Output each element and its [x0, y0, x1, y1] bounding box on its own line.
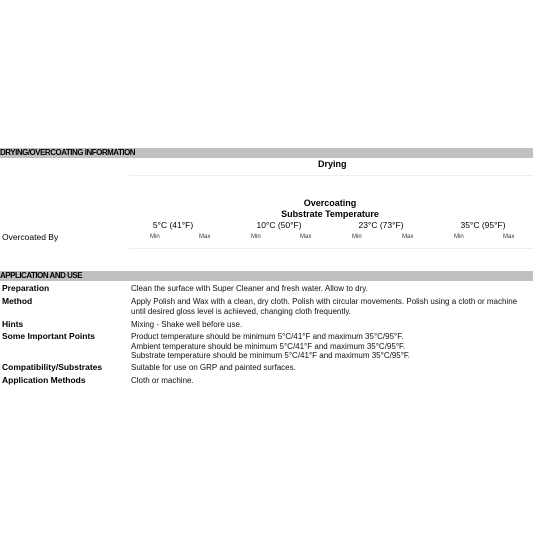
important-point-line: Substrate temperature should be minimum …: [131, 351, 526, 361]
substrate-temperature-title: Substrate Temperature: [230, 209, 430, 219]
important-points-label: Some Important Points: [2, 331, 95, 341]
overcoating-title: Overcoating: [230, 198, 430, 208]
hints-value: Mixing - Shake well before use.: [131, 320, 526, 330]
application-and-use-section-header: APPLICATION AND USE: [0, 271, 533, 281]
method-value: Apply Polish and Wax with a clean, dry c…: [131, 297, 526, 317]
divider: [129, 248, 533, 249]
method-label: Method: [2, 296, 32, 306]
min-label: Min: [352, 234, 362, 240]
drying-title: Drying: [318, 159, 347, 169]
application-methods-label: Application Methods: [2, 375, 86, 385]
temperature-column-label: 35°C (95°F): [438, 220, 528, 230]
temperature-column-label: 23°C (73°F): [336, 220, 426, 230]
min-label: Min: [251, 234, 261, 240]
max-label: Max: [199, 234, 210, 240]
max-label: Max: [402, 234, 413, 240]
hints-label: Hints: [2, 319, 23, 329]
min-label: Min: [454, 234, 464, 240]
compatibility-label: Compatibility/Substrates: [2, 362, 102, 372]
temperature-column-label: 10°C (50°F): [234, 220, 324, 230]
important-point-line: Ambient temperature should be minimum 5°…: [131, 342, 526, 352]
important-point-line: Product temperature should be minimum 5°…: [131, 332, 526, 342]
min-label: Min: [150, 234, 160, 240]
divider: [129, 175, 533, 176]
overcoated-by-label: Overcoated By: [2, 232, 58, 242]
section-title: DRYING/OVERCOATING INFORMATION: [0, 148, 135, 157]
section-title: APPLICATION AND USE: [0, 271, 82, 280]
max-label: Max: [503, 234, 514, 240]
drying-overcoating-section-header: DRYING/OVERCOATING INFORMATION: [0, 148, 533, 158]
preparation-value: Clean the surface with Super Cleaner and…: [131, 284, 526, 294]
compatibility-value: Suitable for use on GRP and painted surf…: [131, 363, 526, 373]
important-points-value: Product temperature should be minimum 5°…: [131, 332, 526, 361]
preparation-label: Preparation: [2, 283, 49, 293]
temperature-column-label: 5°C (41°F): [128, 220, 218, 230]
max-label: Max: [300, 234, 311, 240]
application-methods-value: Cloth or machine.: [131, 376, 526, 386]
